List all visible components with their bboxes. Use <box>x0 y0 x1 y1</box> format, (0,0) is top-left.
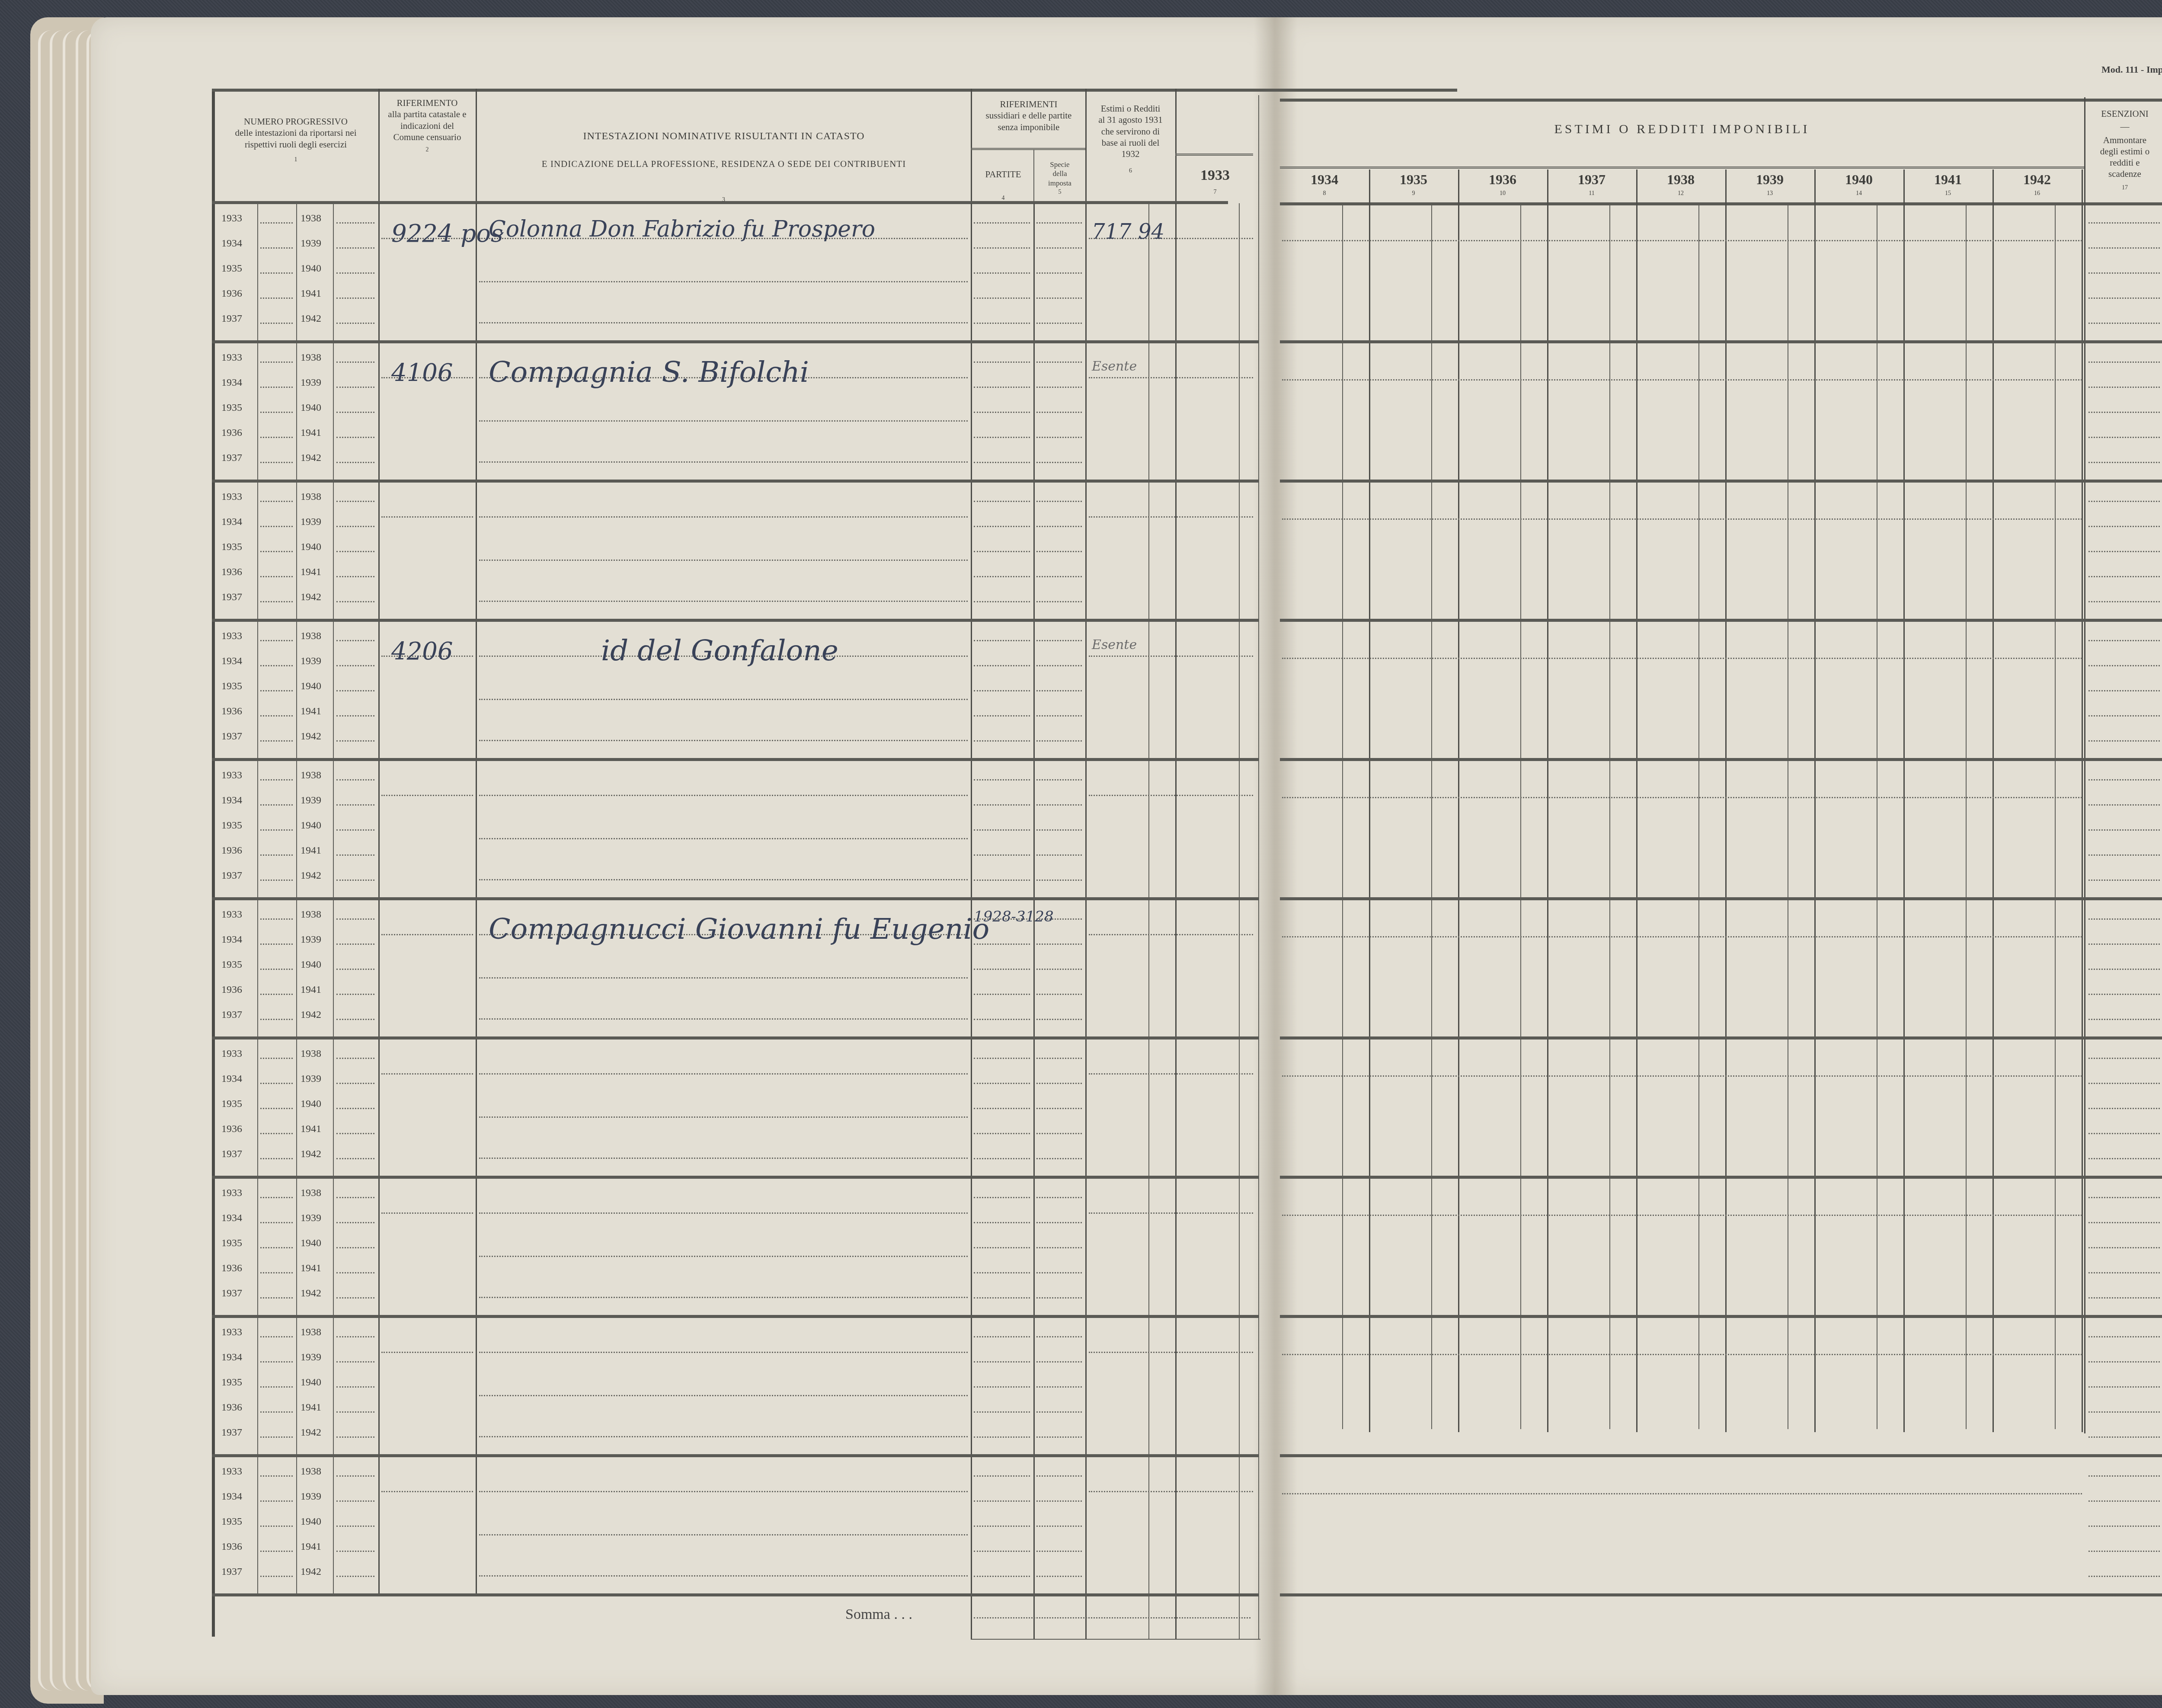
year-label: 1938 <box>301 1048 321 1060</box>
name-line <box>479 1256 968 1257</box>
left-page <box>91 17 1278 1695</box>
specie-dots <box>1036 297 1082 299</box>
year-dots <box>336 1083 374 1084</box>
partite-dots <box>974 222 1030 224</box>
year-label: 1941 <box>301 706 321 717</box>
year-dots <box>260 387 293 388</box>
year-header-1935: 19359 <box>1369 171 1458 198</box>
book-gutter <box>1254 17 1297 1695</box>
partite-dots <box>974 1019 1030 1020</box>
partite-dots <box>974 272 1030 274</box>
specie-dots <box>1036 690 1082 691</box>
specie-dots <box>1036 323 1082 324</box>
year-label: 1933 <box>221 491 242 503</box>
year-label: 1939 <box>301 1352 321 1363</box>
year-label: 1942 <box>301 452 321 464</box>
year-header-label: 1940 <box>1814 171 1903 188</box>
esenzioni-header: ESENZIONI — Ammontare degli estimi o red… <box>2086 108 2162 192</box>
year-header-1939: 193913 <box>1725 171 1814 198</box>
year-dots <box>336 1526 374 1527</box>
esenzioni-dots <box>2088 1272 2160 1273</box>
year-label: 1939 <box>301 1073 321 1085</box>
partite-dots <box>974 1247 1030 1248</box>
estimi-dots <box>1089 377 1253 378</box>
year-dots <box>336 1500 374 1502</box>
ref-dots <box>381 1073 473 1075</box>
col5-label: Specie della imposta <box>1034 160 1085 188</box>
form-model-label: Mod. 111 - Imposte Dirette (Intercalare) <box>2101 64 2162 75</box>
year-dots <box>336 387 374 388</box>
taxpayer-name: Compagnia S. Bifolchi <box>489 355 809 389</box>
year-label: 1938 <box>301 630 321 642</box>
partite-dots <box>974 779 1030 780</box>
partite-value: 1928-3128 <box>974 908 1054 925</box>
esenzioni-dots <box>2088 272 2160 274</box>
year-label: 1934 <box>221 1212 242 1224</box>
year-dots <box>260 779 293 780</box>
specie-dots <box>1036 361 1082 363</box>
year-dots <box>336 1361 374 1363</box>
entry-separator <box>1280 1036 2162 1040</box>
year-dots <box>260 1361 293 1363</box>
specie-dots <box>1036 272 1082 274</box>
specie-dots <box>1036 1436 1082 1438</box>
esenzioni-dots <box>2088 665 2160 666</box>
specie-dots <box>1036 779 1082 780</box>
specie-dots <box>1036 804 1082 806</box>
entry-separator <box>212 340 1258 343</box>
hdr-divider <box>971 89 972 201</box>
body-divider <box>1148 203 1149 1639</box>
ref-dots <box>381 516 473 518</box>
year-header-number: 10 <box>1458 190 1547 198</box>
specie-dots <box>1036 715 1082 716</box>
esenzioni-number: 17 <box>2086 184 2162 192</box>
col1-header: NUMERO PROGRESSIVO delle intestazioni da… <box>214 116 377 163</box>
col1-subtitle: delle intestazioni da riportarsi nei ris… <box>214 127 377 150</box>
esenzioni-dots <box>2088 1222 2160 1223</box>
year-column-divider <box>1992 170 1994 1432</box>
partite-dots <box>974 665 1030 666</box>
esenzioni-dots <box>2088 297 2160 299</box>
name-line <box>479 1073 968 1075</box>
specie-dots <box>1036 1247 1082 1248</box>
specie-dots <box>1036 1475 1082 1477</box>
partite-dots <box>974 1500 1030 1502</box>
year-label: 1939 <box>301 934 321 946</box>
esenzioni-dots <box>2088 804 2160 806</box>
year-header-number: 16 <box>1992 190 2082 198</box>
specie-dots <box>1036 1576 1082 1577</box>
specie-dots <box>1036 551 1082 552</box>
col2-header: RIFERIMENTO alla partita catastale e ind… <box>380 97 475 154</box>
year-column-divider <box>2082 170 2083 1432</box>
year-dots <box>336 690 374 691</box>
year-label: 1934 <box>221 795 242 806</box>
col3-subtitle: E INDICAZIONE DELLA PROFESSIONE, RESIDEN… <box>478 158 970 170</box>
year-label: 1935 <box>221 820 242 832</box>
name-line <box>479 281 968 282</box>
entry-separator <box>1280 619 2162 622</box>
year-dots <box>336 1411 374 1413</box>
col45-subtitle: sussidiari e delle partite senza imponib… <box>973 110 1084 133</box>
year-dots <box>260 715 293 716</box>
specie-dots <box>1036 1526 1082 1527</box>
year-dots <box>336 854 374 856</box>
year-dots <box>260 1576 293 1577</box>
partite-dots <box>974 501 1030 502</box>
year-dots <box>260 1272 293 1273</box>
entry-separator <box>1280 1176 2162 1179</box>
esenzioni-dots <box>2088 1386 2160 1388</box>
estimi-dots <box>1089 1491 1253 1492</box>
year-label: 1942 <box>301 313 321 325</box>
col7-number: 7 <box>1176 189 1254 196</box>
esenzioni-dots <box>2088 779 2160 780</box>
year-label: 1936 <box>221 1402 242 1414</box>
col5-header: Specie della imposta 5 <box>1034 160 1085 196</box>
esenzioni-dots <box>2088 1058 2160 1059</box>
col4-number: 4 <box>973 195 1033 202</box>
year-label: 1941 <box>301 984 321 996</box>
partita-reference: 4106 <box>391 359 453 387</box>
year-label: 1940 <box>301 1098 321 1110</box>
year-dots <box>336 1272 374 1273</box>
name-line <box>479 1018 968 1020</box>
year-header-1940: 194014 <box>1814 171 1903 198</box>
esenzioni-dots <box>2088 462 2160 463</box>
year-label: 1939 <box>301 795 321 806</box>
year-dots <box>260 1222 293 1223</box>
estimi-dots <box>1089 795 1253 796</box>
esenzioni-dots <box>2088 854 2160 856</box>
entry-separator <box>212 619 1258 622</box>
year-dots <box>260 665 293 666</box>
year-header-label: 1939 <box>1725 171 1814 188</box>
specie-dots <box>1036 880 1082 881</box>
esenzioni-dots <box>2088 969 2160 970</box>
estimi-dots <box>1089 1352 1253 1353</box>
year-label: 1935 <box>221 1516 242 1528</box>
year-label: 1940 <box>301 1516 321 1528</box>
entry-separator <box>212 897 1258 900</box>
year-label: 1938 <box>301 909 321 921</box>
year-dots <box>336 601 374 602</box>
esenzioni-dots <box>2088 1576 2160 1577</box>
specie-dots <box>1036 1361 1082 1363</box>
entry-separator <box>1280 1454 2162 1457</box>
year-dots <box>260 1108 293 1109</box>
year-dots <box>260 804 293 806</box>
name-line <box>479 1158 968 1159</box>
partite-dots <box>974 715 1030 716</box>
entry-separator <box>212 1176 1258 1179</box>
entry-separator <box>1280 480 2162 483</box>
year-label: 1936 <box>221 1123 242 1135</box>
name-line <box>479 601 968 602</box>
year-dots <box>336 1336 374 1337</box>
year-dots <box>260 601 293 602</box>
year-label: 1937 <box>221 731 242 742</box>
year-label: 1937 <box>221 1148 242 1160</box>
year-column-divider <box>1903 170 1905 1432</box>
year-label: 1934 <box>221 656 242 667</box>
cents-divider <box>1342 205 1343 1429</box>
name-line <box>479 420 968 422</box>
esenzioni-dots <box>2088 1411 2160 1413</box>
year-label: 1942 <box>301 1148 321 1160</box>
esenzioni-dots <box>2088 1197 2160 1198</box>
year-dots <box>260 247 293 249</box>
year-dots <box>260 829 293 831</box>
specie-dots <box>1036 1297 1082 1299</box>
esenzioni-dots <box>2088 1361 2160 1363</box>
year-label: 1933 <box>221 909 242 921</box>
specie-dots <box>1036 501 1082 502</box>
name-line <box>479 699 968 700</box>
estimi-1931-value: Esente <box>1092 637 1137 652</box>
specie-dots <box>1036 1158 1082 1159</box>
year-dots <box>336 994 374 995</box>
year-dots <box>336 1108 374 1109</box>
year-header-label: 1941 <box>1903 171 1992 188</box>
year-label: 1940 <box>301 820 321 832</box>
partite-dots <box>974 994 1030 995</box>
year-label: 1933 <box>221 213 242 224</box>
year-header-1941: 194115 <box>1903 171 1992 198</box>
year-label: 1936 <box>221 845 242 857</box>
partite-dots <box>974 361 1030 363</box>
hdr-divider <box>476 89 477 201</box>
year-dots <box>336 412 374 413</box>
specie-dots <box>1036 1222 1082 1223</box>
year-dots <box>260 1247 293 1248</box>
esenzioni-dots <box>2088 1551 2160 1552</box>
year-column-divider <box>1814 170 1816 1432</box>
name-line <box>479 1436 968 1437</box>
ref-dots <box>381 934 473 935</box>
year-dots <box>336 1436 374 1438</box>
specie-dots <box>1036 1083 1082 1084</box>
year-header-label: 1937 <box>1547 171 1636 188</box>
year-label: 1942 <box>301 870 321 882</box>
year-dots <box>336 665 374 666</box>
year-dots <box>260 1197 293 1198</box>
esenzioni-dots <box>2088 1526 2160 1527</box>
year-label: 1938 <box>301 352 321 364</box>
year-dots <box>336 501 374 502</box>
body-divider <box>1175 203 1177 1639</box>
taxpayer-name: Compagnucci Giovanni fu Eugenio <box>489 912 989 946</box>
specie-dots <box>1036 1411 1082 1413</box>
partite-dots <box>974 551 1030 552</box>
body-divider <box>1085 203 1087 1639</box>
estimi-dots <box>1089 656 1253 657</box>
somma-label: Somma . . . <box>845 1606 912 1623</box>
year-label: 1934 <box>221 516 242 528</box>
ref-dots <box>381 1352 473 1353</box>
esenzioni-dots <box>2088 1475 2160 1477</box>
year-dots <box>260 690 293 691</box>
year-label: 1940 <box>301 263 321 275</box>
year-label: 1936 <box>221 706 242 717</box>
year-label: 1937 <box>221 1566 242 1578</box>
year-label: 1939 <box>301 516 321 528</box>
year-dots <box>260 1500 293 1502</box>
year-label: 1934 <box>221 1352 242 1363</box>
specie-dots <box>1036 665 1082 666</box>
year-header-1938: 193812 <box>1636 171 1725 198</box>
year-label: 1933 <box>221 630 242 642</box>
ref-dots <box>381 1212 473 1214</box>
year-label: 1934 <box>221 238 242 249</box>
year-dots <box>260 1526 293 1527</box>
esenzioni-dots <box>2088 222 2160 224</box>
partite-dots <box>974 740 1030 742</box>
cents-divider <box>1609 205 1610 1429</box>
year-dots <box>260 1058 293 1059</box>
esenzioni-dots <box>2088 1247 2160 1248</box>
partita-reference: 9224 pos <box>391 220 503 248</box>
year-dots <box>336 880 374 881</box>
partite-dots <box>974 690 1030 691</box>
year-dots <box>260 854 293 856</box>
year-label: 1934 <box>221 1073 242 1085</box>
specie-dots <box>1036 1500 1082 1502</box>
year-column-divider <box>1725 170 1727 1432</box>
year-dots <box>336 1475 374 1477</box>
entry-separator <box>212 1454 1258 1457</box>
year-dots <box>336 1222 374 1223</box>
year-label: 1941 <box>301 566 321 578</box>
year-dots <box>336 640 374 641</box>
estimi-dots <box>1089 1073 1253 1075</box>
name-line <box>479 838 968 839</box>
entry-separator <box>1280 1593 2162 1596</box>
year-label: 1936 <box>221 1541 242 1553</box>
partite-dots <box>974 1475 1030 1477</box>
esenzioni-subtitle: Ammontare degli estimi o redditi e scade… <box>2086 134 2162 180</box>
col2-number: 2 <box>380 146 475 154</box>
esenzioni-dots <box>2088 1083 2160 1084</box>
year-label: 1934 <box>221 377 242 389</box>
body-divider <box>1239 203 1240 1639</box>
esenzioni-dots <box>2088 387 2160 388</box>
hdr-subrule <box>1175 154 1253 156</box>
year-label: 1937 <box>221 1288 242 1299</box>
col1-title: NUMERO PROGRESSIVO <box>214 116 377 127</box>
year-dots <box>260 526 293 527</box>
year-header-number: 9 <box>1369 190 1458 198</box>
year-dots <box>260 1475 293 1477</box>
year-dots <box>260 1019 293 1020</box>
year-dots <box>260 918 293 920</box>
esenzioni-dots <box>2088 1133 2160 1134</box>
partita-reference: 4206 <box>391 637 453 665</box>
cents-divider <box>1431 205 1432 1429</box>
body-divider <box>1258 95 1259 1639</box>
partite-dots <box>974 1411 1030 1413</box>
year-header-1934: 19348 <box>1280 171 1369 198</box>
year-dots <box>336 462 374 463</box>
esenzioni-dots <box>2088 1297 2160 1299</box>
year-dots <box>336 1019 374 1020</box>
year-dots <box>336 969 374 970</box>
esenzioni-dots <box>2088 526 2160 527</box>
year-dots <box>260 576 293 577</box>
partite-dots <box>974 1361 1030 1363</box>
name-line <box>479 1116 968 1118</box>
cents-divider <box>1788 205 1788 1429</box>
partite-dots <box>974 1526 1030 1527</box>
name-line <box>479 322 968 323</box>
taxpayer-name: id del Gonfalone <box>601 634 838 667</box>
name-line <box>479 1352 968 1353</box>
year-label: 1933 <box>221 1327 242 1338</box>
partite-dots <box>974 1551 1030 1552</box>
esenzioni-dots <box>2088 829 2160 831</box>
somma-rule <box>971 1639 1260 1640</box>
hdr-divider <box>2084 97 2085 1433</box>
estimi-dots <box>1089 516 1253 518</box>
year-dots <box>260 1551 293 1552</box>
year-dots <box>260 1411 293 1413</box>
esenzioni-dots <box>2088 1500 2160 1502</box>
year-dots <box>336 804 374 806</box>
name-line <box>479 516 968 518</box>
specie-dots <box>1036 247 1082 249</box>
specie-dots <box>1036 601 1082 602</box>
col3-header: INTESTAZIONI NOMINATIVE RISULTANTI IN CA… <box>478 130 970 204</box>
specie-dots <box>1036 437 1082 438</box>
esenzioni-dots <box>2088 1019 2160 1020</box>
partite-dots <box>974 1222 1030 1223</box>
partite-dots <box>974 829 1030 831</box>
partite-dots <box>974 1133 1030 1134</box>
specie-dots <box>1036 1133 1082 1134</box>
estimi-group-title: ESTIMI O REDDITI IMPONIBILI <box>1280 121 2084 138</box>
name-line <box>479 740 968 741</box>
specie-dots <box>1036 1108 1082 1109</box>
col3-title: INTESTAZIONI NOMINATIVE RISULTANTI IN CA… <box>478 130 970 143</box>
esenzioni-dots <box>2088 1336 2160 1337</box>
entry-separator <box>1280 897 2162 900</box>
year-dots <box>336 1386 374 1388</box>
year-label: 1936 <box>221 566 242 578</box>
year-dots <box>260 272 293 274</box>
entry-separator <box>212 758 1258 761</box>
year-dots <box>260 880 293 881</box>
year-label: 1934 <box>221 934 242 946</box>
name-line <box>479 1575 968 1577</box>
specie-dots <box>1036 944 1082 945</box>
year-label: 1934 <box>221 1491 242 1503</box>
specie-dots <box>1036 462 1082 463</box>
year-dots <box>260 361 293 363</box>
entry-separator <box>212 1593 1258 1596</box>
year-label: 1940 <box>301 541 321 553</box>
year-header-label: 1936 <box>1458 171 1547 188</box>
year-dots <box>260 740 293 742</box>
year-label: 1942 <box>301 1288 321 1299</box>
year-label: 1938 <box>301 491 321 503</box>
year-dots <box>260 1297 293 1299</box>
estimi-dots <box>1282 1354 2082 1355</box>
year-label: 1939 <box>301 377 321 389</box>
year-label: 1940 <box>301 1377 321 1388</box>
partite-dots <box>974 1058 1030 1059</box>
partite-dots <box>974 804 1030 806</box>
